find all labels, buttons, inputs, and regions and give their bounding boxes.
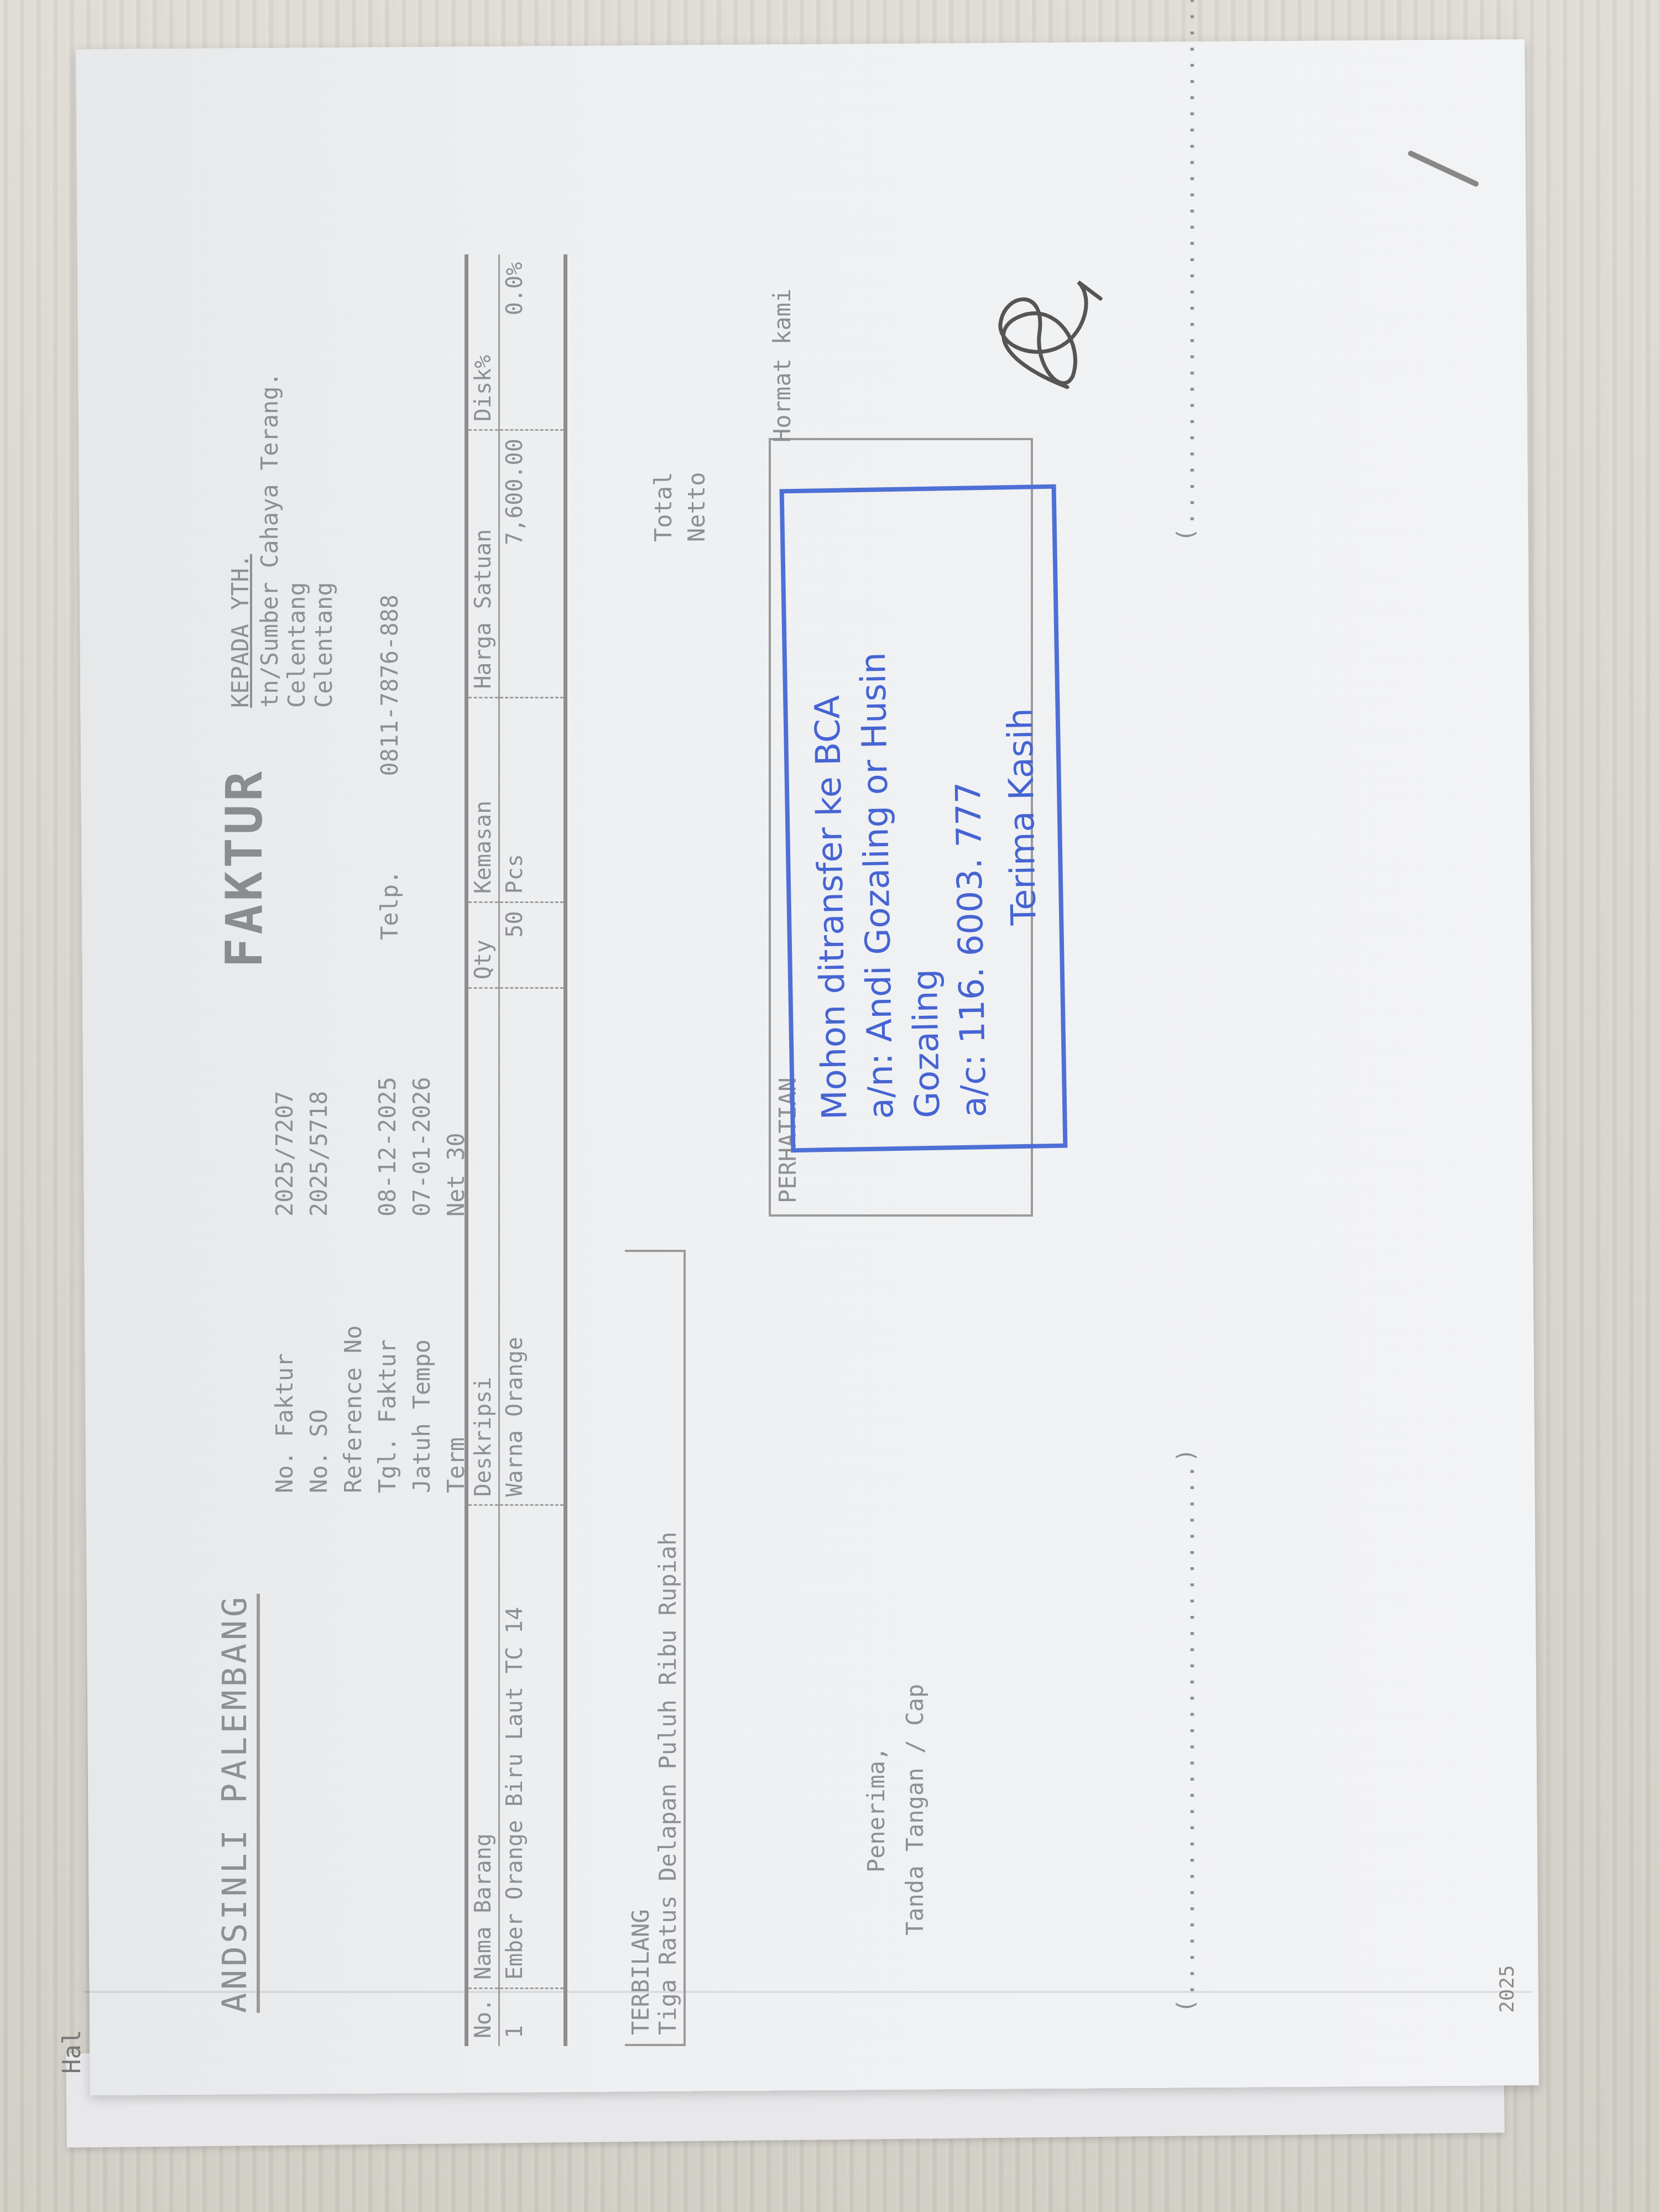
page-label-fragment: Hal	[58, 2030, 86, 2074]
total-label: Total	[647, 472, 680, 542]
cell-qty: 50	[499, 902, 566, 988]
receiver-signature-line: (.................................)	[1172, 1446, 1199, 2013]
recipient-name: tn/Sumber Cahaya Terang. Celentang	[256, 238, 310, 708]
invoice-document: ANDSINLI PALEMBANG FAKTUR No. Faktur 202…	[194, 221, 1410, 2046]
table-header-row: No. Nama Barang Deskripsi Qty Kemasan Ha…	[467, 254, 499, 2046]
terbilang-text: Tiga Ratus Delapan Puluh Ribu Rupiah	[654, 1261, 681, 2035]
bank-transfer-stamp: Mohon ditransfer ke BCA a/n: Andi Gozali…	[780, 484, 1068, 1153]
sender-signature-line: (.................................)	[1172, 0, 1199, 542]
cell-kemasan: Pcs	[499, 697, 566, 902]
cell-no: 1	[499, 1989, 566, 2046]
terbilang-box: TERBILANG Tiga Ratus Delapan Puluh Ribu …	[625, 1250, 686, 2046]
stamp-line-2: a/n: Andi Gozaling or Husin Gozaling	[848, 518, 951, 1119]
items-table: No. Nama Barang Deskripsi Qty Kemasan Ha…	[465, 254, 567, 2046]
cell-deskripsi: Warna Orange	[499, 988, 566, 1505]
handwritten-signature-icon	[973, 265, 1117, 409]
receiver-sub: Tanda Tangan / Cap	[896, 1684, 935, 1936]
cell-nama: Ember Orange Biru Laut TC 14	[499, 1505, 566, 1989]
netto-label: Netto	[680, 472, 713, 542]
meta-row-jatuh-tempo: Jatuh Tempo 07-01-2026	[408, 940, 442, 1493]
invoice-meta: No. Faktur 2025/7207 No. SO 2025/5718 Re…	[271, 940, 477, 1493]
meta-row-reference: Reference No	[340, 940, 374, 1493]
sender-label: Hormat kami	[769, 289, 796, 442]
phone-label: Telp.	[376, 870, 403, 940]
col-qty: Qty	[467, 902, 499, 988]
recipient-city: Celentang	[310, 238, 337, 708]
receiver-signature-block: Penerima, Tanda Tangan / Cap	[857, 1684, 935, 1936]
table-row: 1 Ember Orange Biru Laut TC 14 Warna Ora…	[499, 254, 566, 2046]
col-no: No.	[467, 1989, 499, 2046]
col-disk: Disk%	[467, 254, 499, 430]
cell-disk: 0.0%	[499, 254, 566, 430]
receiver-label: Penerima,	[857, 1684, 896, 1936]
col-nama-barang: Nama Barang	[467, 1505, 499, 1989]
terbilang-label: TERBILANG	[627, 1261, 654, 2035]
col-kemasan: Kemasan	[467, 697, 499, 902]
meta-row-tgl-faktur: Tgl. Faktur 08-12-2025	[374, 940, 408, 1493]
cell-harga: 7,600.00	[499, 430, 566, 697]
col-deskripsi: Deskripsi	[467, 988, 499, 1505]
recipient-phone: Telp. 0811-7876-888	[376, 594, 403, 940]
meta-row-no-faktur: No. Faktur 2025/7207	[271, 940, 305, 1493]
recipient-block: KEPADA YTH. tn/Sumber Cahaya Terang. Cel…	[227, 238, 337, 708]
sender-signature-block: Hormat kami	[769, 289, 796, 442]
company-name: ANDSINLI PALEMBANG	[216, 1594, 260, 2013]
col-harga-satuan: Harga Satuan	[467, 430, 499, 697]
recipient-heading: KEPADA YTH.	[227, 238, 254, 708]
meta-row-no-so: No. SO 2025/5718	[305, 940, 340, 1493]
stamp-line-4: Terima Kasih	[994, 517, 1051, 1117]
totals-block: Total Netto	[647, 472, 713, 542]
stamp-line-3: a/c: 116. 6003. 777	[941, 518, 998, 1118]
phone-number: 0811-7876-888	[376, 594, 403, 776]
document-title: FAKTUR	[216, 768, 274, 968]
year-fragment: 2025	[1496, 1965, 1519, 2013]
